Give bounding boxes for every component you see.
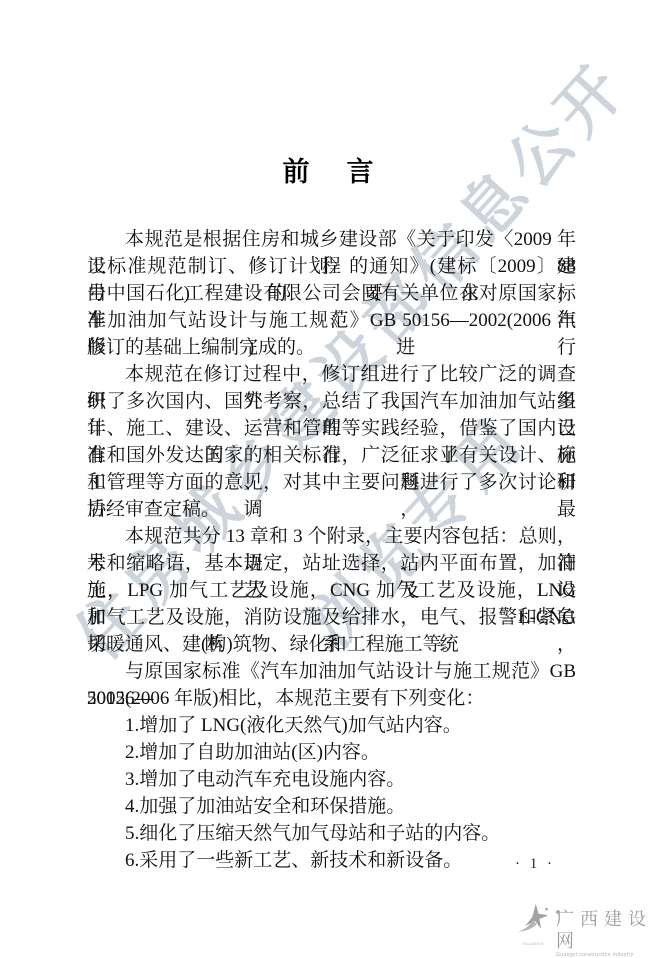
- logo-tagline: Guangxi construction industry informatio…: [556, 952, 661, 958]
- text-line: 计、施工、建设、运营和管理等实践经验，借鉴了国内已有的行业标: [87, 415, 576, 442]
- body-lines: 本规范是根据住房和城乡建设部《关于印发〈2009 年工程建设标准规范制订、修订计…: [87, 226, 576, 874]
- text-line: 5.细化了压缩天然气加气母站和子站的内容。: [87, 820, 576, 847]
- text-line: 本规范在修订过程中，修订组进行了比较广泛的调查研究，组: [87, 361, 576, 388]
- text-line: 本规范共分 13 章和 3 个附录，主要内容包括：总则，术语、符: [87, 523, 576, 550]
- text-line: 织了多次国内、国外考察，总结了我国汽车加油加气站多年的设: [87, 388, 576, 415]
- footer-logo: GUANGXI 广西建设网 Guangxi construction indus…: [516, 902, 661, 958]
- page-number: · 1 ·: [495, 856, 575, 873]
- text-line: 3.增加了电动汽车充电设施内容。: [87, 766, 576, 793]
- text-line: 车加油加气站设计与施工规范》GB 50156—2002(2006 年版)进行: [87, 307, 576, 334]
- text-line: 准和国外发达国家的相关标准，广泛征求了有关设计、施工、科研: [87, 442, 576, 469]
- text-line: 与原国家标准《汽车加油加气站设计与施工规范》GB 50156—: [87, 658, 576, 685]
- text-line: 设标准规范制订、修订计划〉的通知》(建标〔2009〕88 号)的要求，: [87, 253, 576, 280]
- page-title: 前 言: [0, 150, 661, 189]
- text-line: 2002(2006 年版)相比，本规范主要有下列变化：: [87, 685, 576, 712]
- text-line: 加气工艺及设施，消防设施及给排水，电气、报警和紧急切断系统，: [87, 604, 576, 631]
- logo-dot: [556, 910, 560, 914]
- text-line: 施，LPG 加气工艺及设施，CNG 加气工艺及设施，LNG 和 L-CNG: [87, 577, 576, 604]
- text-line: 本规范是根据住房和城乡建设部《关于印发〈2009 年工程建: [87, 226, 576, 253]
- text-line: 4.加强了加油站安全和环保措施。: [87, 793, 576, 820]
- star-logo-icon: [516, 902, 552, 941]
- document-page: 住房城乡建设部信息公开 浏览专用 前 言 本规范是根据住房和城乡建设部《关于印发…: [0, 0, 661, 958]
- text-line: 号和缩略语，基本规定，站址选择，站内平面布置，加油工艺及设: [87, 550, 576, 577]
- logo-site-name: 广西建设网: [556, 908, 661, 952]
- text-line: 1.增加了 LNG(液化天然气)加气站内容。: [87, 712, 576, 739]
- text-line: 和管理等方面的意见，对其中主要问题进行了多次讨论和协调，最: [87, 469, 576, 496]
- text-line: 由中国石化工程建设有限公司会同有关单位在对原国家标准《汽: [87, 280, 576, 307]
- logo-star-subtext: GUANGXI: [523, 941, 545, 946]
- text-line: 2.增加了自助加油站(区)内容。: [87, 739, 576, 766]
